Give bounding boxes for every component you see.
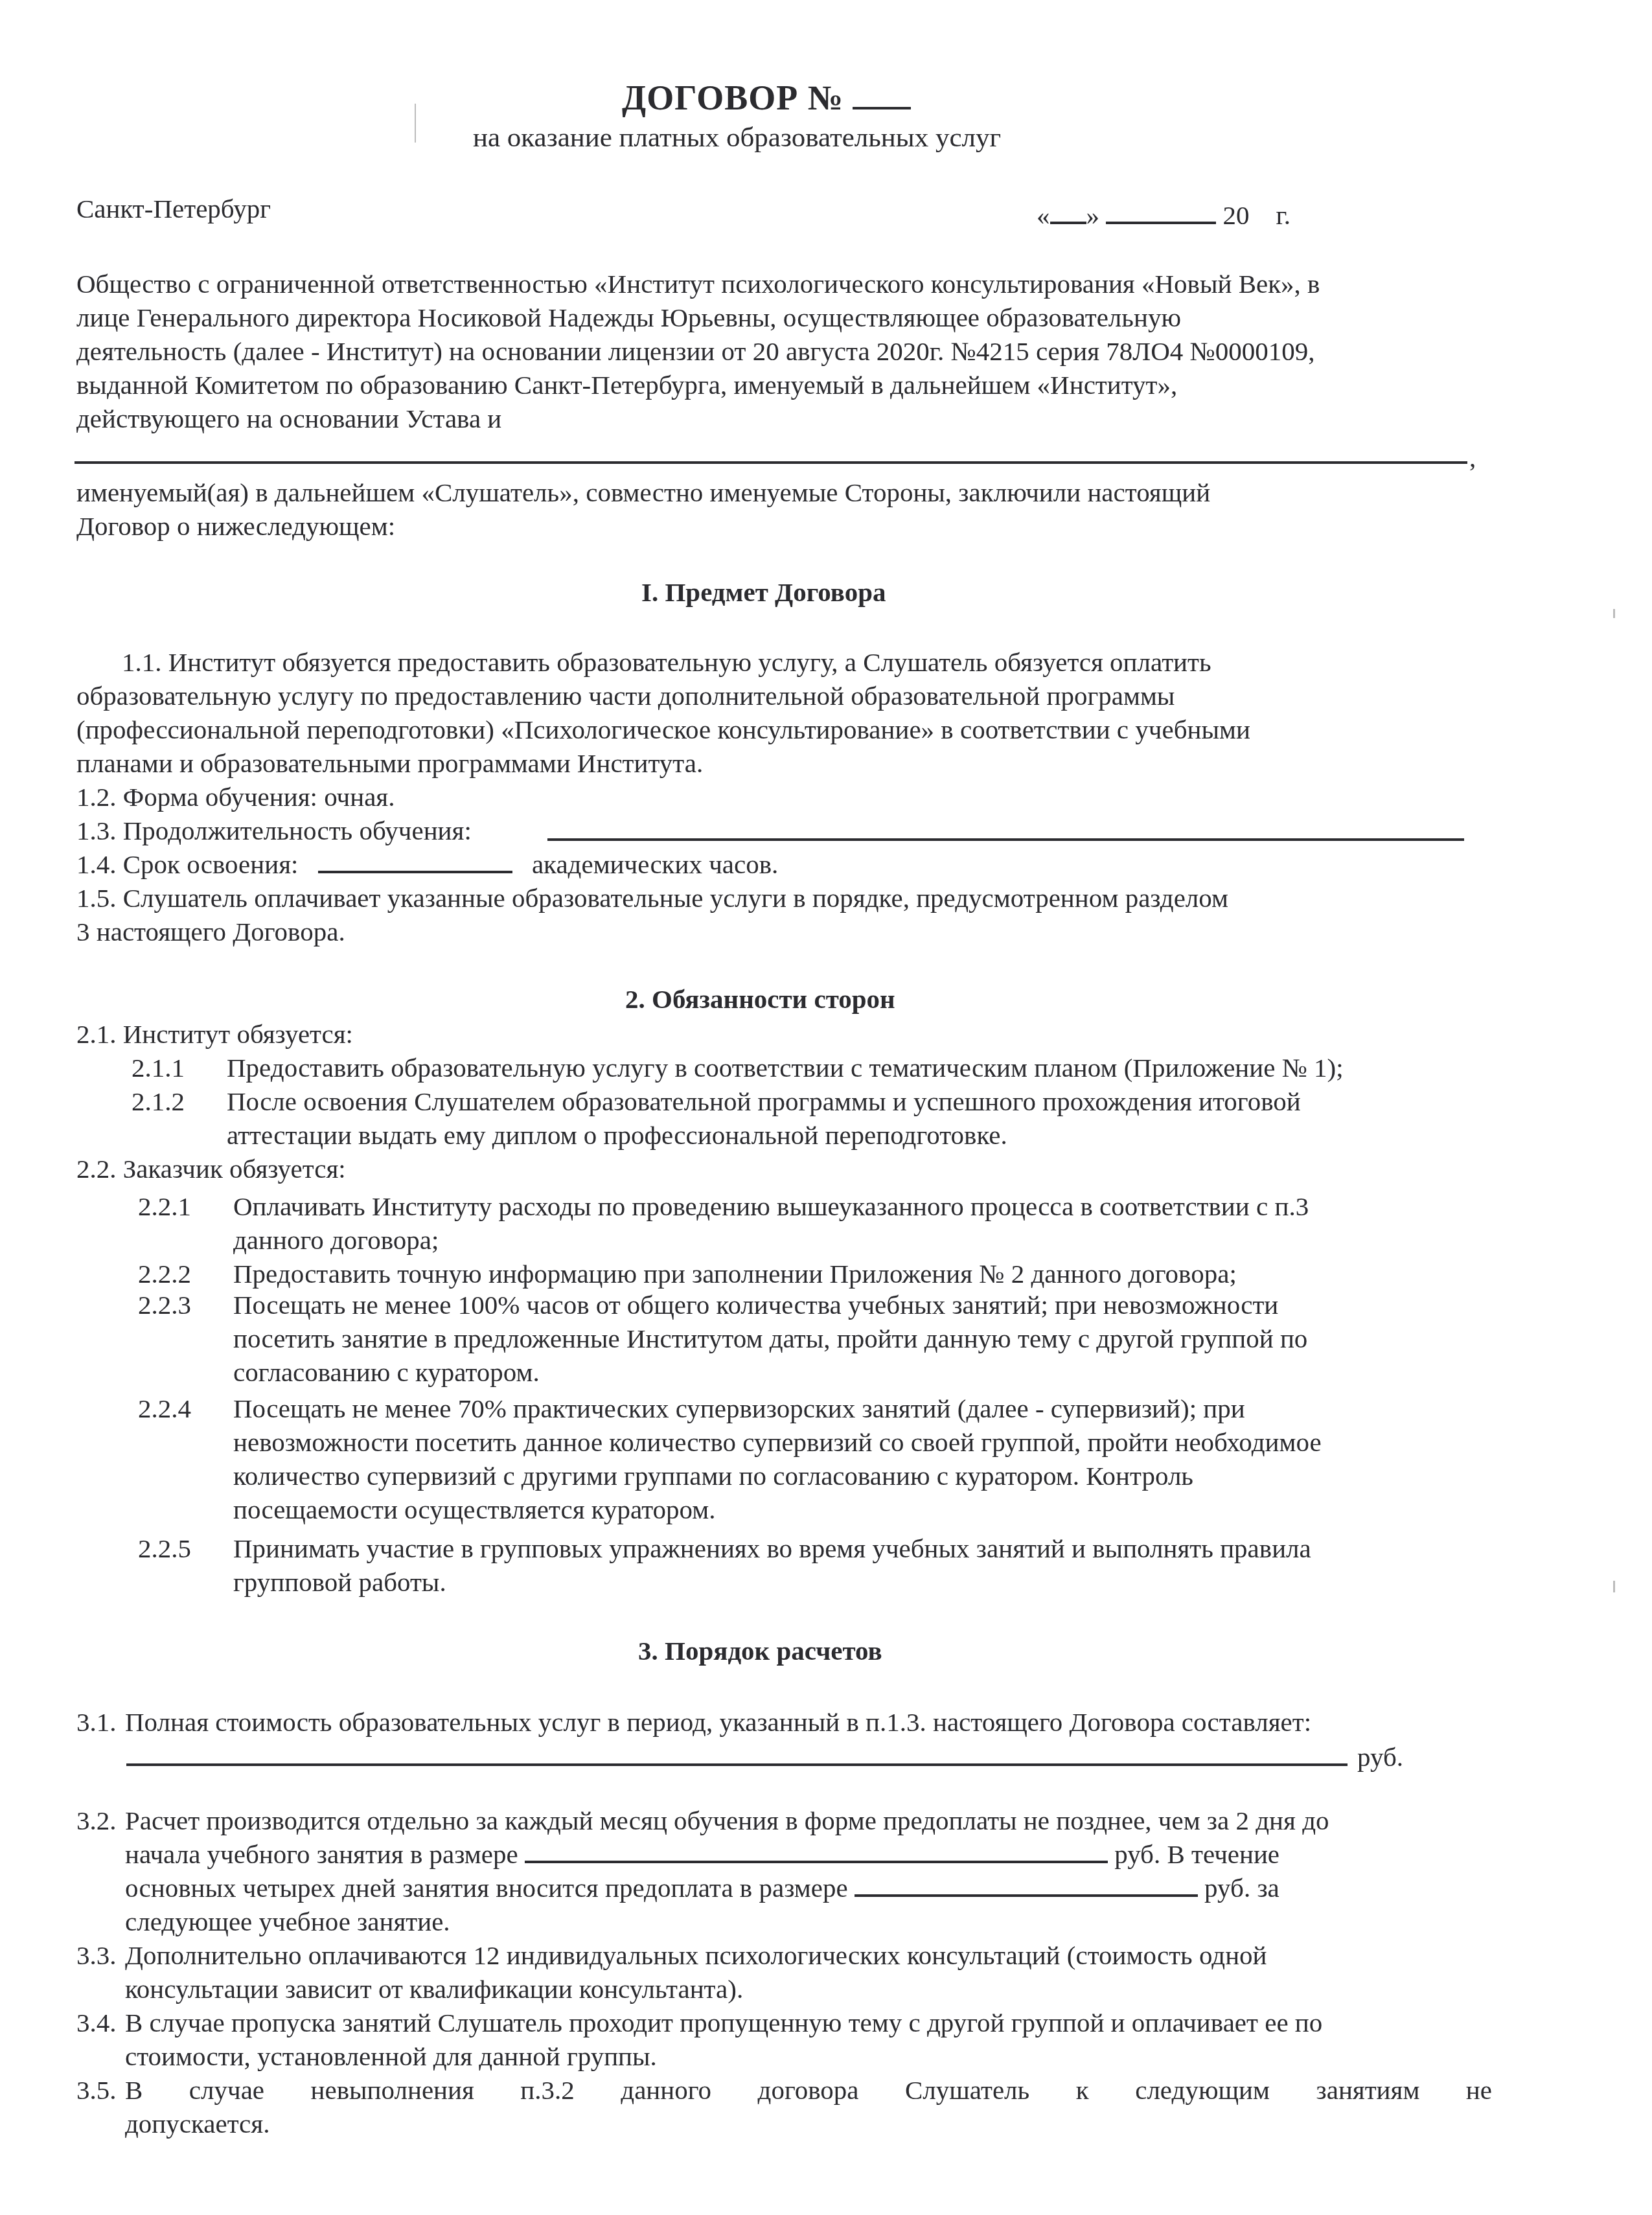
clause-3-3: консультации зависит от квалификации кон… (125, 1972, 743, 2006)
clause-2-2: 2.2. Заказчик обязуется: (76, 1152, 346, 1186)
clause-text: Принимать участие в групповых упражнения… (233, 1532, 1311, 1565)
clause-text: данного договора; (233, 1223, 439, 1257)
clause-1-2: 1.2. Форма обучения: очная. (76, 780, 395, 814)
clause-text: посещаемости осуществляется куратором. (233, 1493, 716, 1526)
scan-artifact (415, 104, 416, 143)
duration-field[interactable] (547, 838, 1464, 841)
clause-3-2-text: руб. за (1204, 1873, 1279, 1903)
clause-text: аттестации выдать ему диплом о профессио… (227, 1118, 1007, 1152)
clause-1-1: образовательную услугу по предоставлению… (76, 679, 1175, 713)
clause-2-1: 2.1. Институт обязуется: (76, 1017, 353, 1051)
date-year-suffix: г. (1276, 200, 1291, 230)
clause-3-2-text: основных четырех дней занятия вносится п… (125, 1873, 848, 1903)
clause-3-4: стоимости, установленной для данной груп… (125, 2039, 657, 2073)
clause-text: посетить занятие в предложенные Институт… (233, 1322, 1307, 1355)
hours-field[interactable] (318, 849, 512, 873)
clause-3-2-text: руб. В течение (1114, 1839, 1279, 1869)
date-year: 20 (1223, 200, 1250, 230)
clause-3-5: допускается. (125, 2107, 270, 2140)
clause-3-4: В случае пропуска занятий Слушатель прох… (125, 2006, 1322, 2039)
clause-3-2: начала учебного занятия в размере руб. В… (125, 1837, 1279, 1871)
clause-3-2: Расчет производится отдельно за каждый м… (125, 1804, 1329, 1837)
clause-3-2: следующее учебное занятие. (125, 1905, 450, 1938)
student-name-comma: , (1469, 441, 1476, 474)
clause-3-3: Дополнительно оплачиваются 12 индивидуал… (125, 1938, 1267, 1972)
date-day-field[interactable] (1050, 200, 1086, 224)
clause-text: количество супервизий с другими группами… (233, 1459, 1193, 1493)
clause-1-1: планами и образовательными программами И… (76, 746, 703, 780)
clause-number: 3.3. (76, 1938, 117, 1972)
clause-1-5: 1.5. Слушатель оплачивает указанные обра… (76, 881, 1228, 915)
next-session-prepayment-field[interactable] (855, 1872, 1198, 1897)
clause-number: 2.1.2 (132, 1085, 185, 1118)
student-name-field[interactable] (75, 461, 1467, 464)
intro-line: Общество с ограниченной ответственностью… (76, 267, 1320, 301)
clause-number: 3.4. (76, 2006, 117, 2039)
clause-1-4-label: 1.4. Срок освоения: (76, 849, 298, 879)
date-quote-close: » (1086, 200, 1100, 230)
clause-1-1: (профессиональной переподготовки) «Психо… (76, 713, 1250, 746)
clause-text: Предоставить точную информацию при запол… (233, 1257, 1237, 1291)
clause-text: Посещать не менее 100% часов от общего к… (233, 1288, 1278, 1322)
clause-number: 2.2.3 (138, 1288, 191, 1322)
clause-1-5: 3 настоящего Договора. (76, 915, 345, 948)
scan-artifact (1613, 609, 1615, 618)
clause-number: 2.2.4 (138, 1392, 191, 1425)
clause-number: 2.2.1 (138, 1189, 191, 1223)
clause-text: групповой работы. (233, 1565, 446, 1599)
clause-number: 2.2.2 (138, 1257, 191, 1291)
document-title: ДОГОВОР № (622, 78, 911, 118)
intro-line: выданной Комитетом по образованию Санкт-… (76, 368, 1177, 402)
clause-text: Посещать не менее 70% практических супер… (233, 1392, 1245, 1425)
clause-text: согласованию с куратором. (233, 1355, 540, 1389)
intro-line: лице Генерального директора Носиковой На… (76, 301, 1181, 334)
clause-1-4-suffix: академических часов. (532, 849, 778, 879)
clause-1-4: 1.4. Срок освоения: академических часов. (76, 847, 778, 881)
clause-number: 3.1. (76, 1705, 117, 1739)
contract-page: ДОГОВОР № на оказание платных образовате… (0, 0, 1652, 2215)
section-3-heading: 3. Порядок расчетов (638, 1635, 882, 1666)
clause-3-2: основных четырех дней занятия вносится п… (125, 1871, 1279, 1905)
document-subtitle: на оказание платных образовательных услу… (473, 122, 1001, 154)
contract-number-field[interactable] (853, 78, 911, 109)
scan-artifact (1613, 1581, 1615, 1592)
clause-text: Оплачивать Институту расходы по проведен… (233, 1189, 1309, 1223)
clause-3-2-text: начала учебного занятия в размере (125, 1839, 518, 1869)
city: Санкт-Петербург (76, 192, 271, 225)
clause-3-1: Полная стоимость образовательных услуг в… (125, 1705, 1311, 1739)
clause-3-5: В случае невыполнения п.3.2 данного дого… (125, 2073, 1492, 2107)
total-cost-field[interactable] (126, 1763, 1348, 1766)
currency-label: руб. (1357, 1740, 1403, 1774)
clause-text: невозможности посетить данное количество… (233, 1425, 1322, 1459)
parties-line: именуемый(ая) в дальнейшем «Слушатель», … (76, 476, 1210, 509)
clause-text: После освоения Слушателем образовательно… (227, 1085, 1301, 1118)
clause-number: 3.5. (76, 2073, 117, 2107)
date-quote-open: « (1037, 200, 1050, 230)
section-2-heading: 2. Обязанности сторон (625, 983, 895, 1015)
clause-number: 2.1.1 (132, 1051, 185, 1085)
contract-date: «» 20 г. (1037, 198, 1291, 232)
clause-1-3: 1.3. Продолжительность обучения: (76, 814, 472, 847)
parties-line: Договор о нижеследующем: (76, 509, 395, 543)
clause-1-1: 1.1. Институт обязуется предоставить обр… (122, 645, 1211, 679)
intro-line: деятельность (далее - Институт) на основ… (76, 334, 1314, 368)
clause-number: 3.2. (76, 1804, 117, 1837)
monthly-prepayment-field[interactable] (525, 1839, 1108, 1863)
intro-line: действующего на основании Устава и (76, 402, 501, 435)
section-1-heading: I. Предмет Договора (641, 577, 886, 608)
date-month-field[interactable] (1106, 200, 1216, 224)
title-text: ДОГОВОР № (622, 78, 843, 117)
clause-text: Предоставить образовательную услугу в со… (227, 1051, 1344, 1085)
clause-number: 2.2.5 (138, 1532, 191, 1565)
